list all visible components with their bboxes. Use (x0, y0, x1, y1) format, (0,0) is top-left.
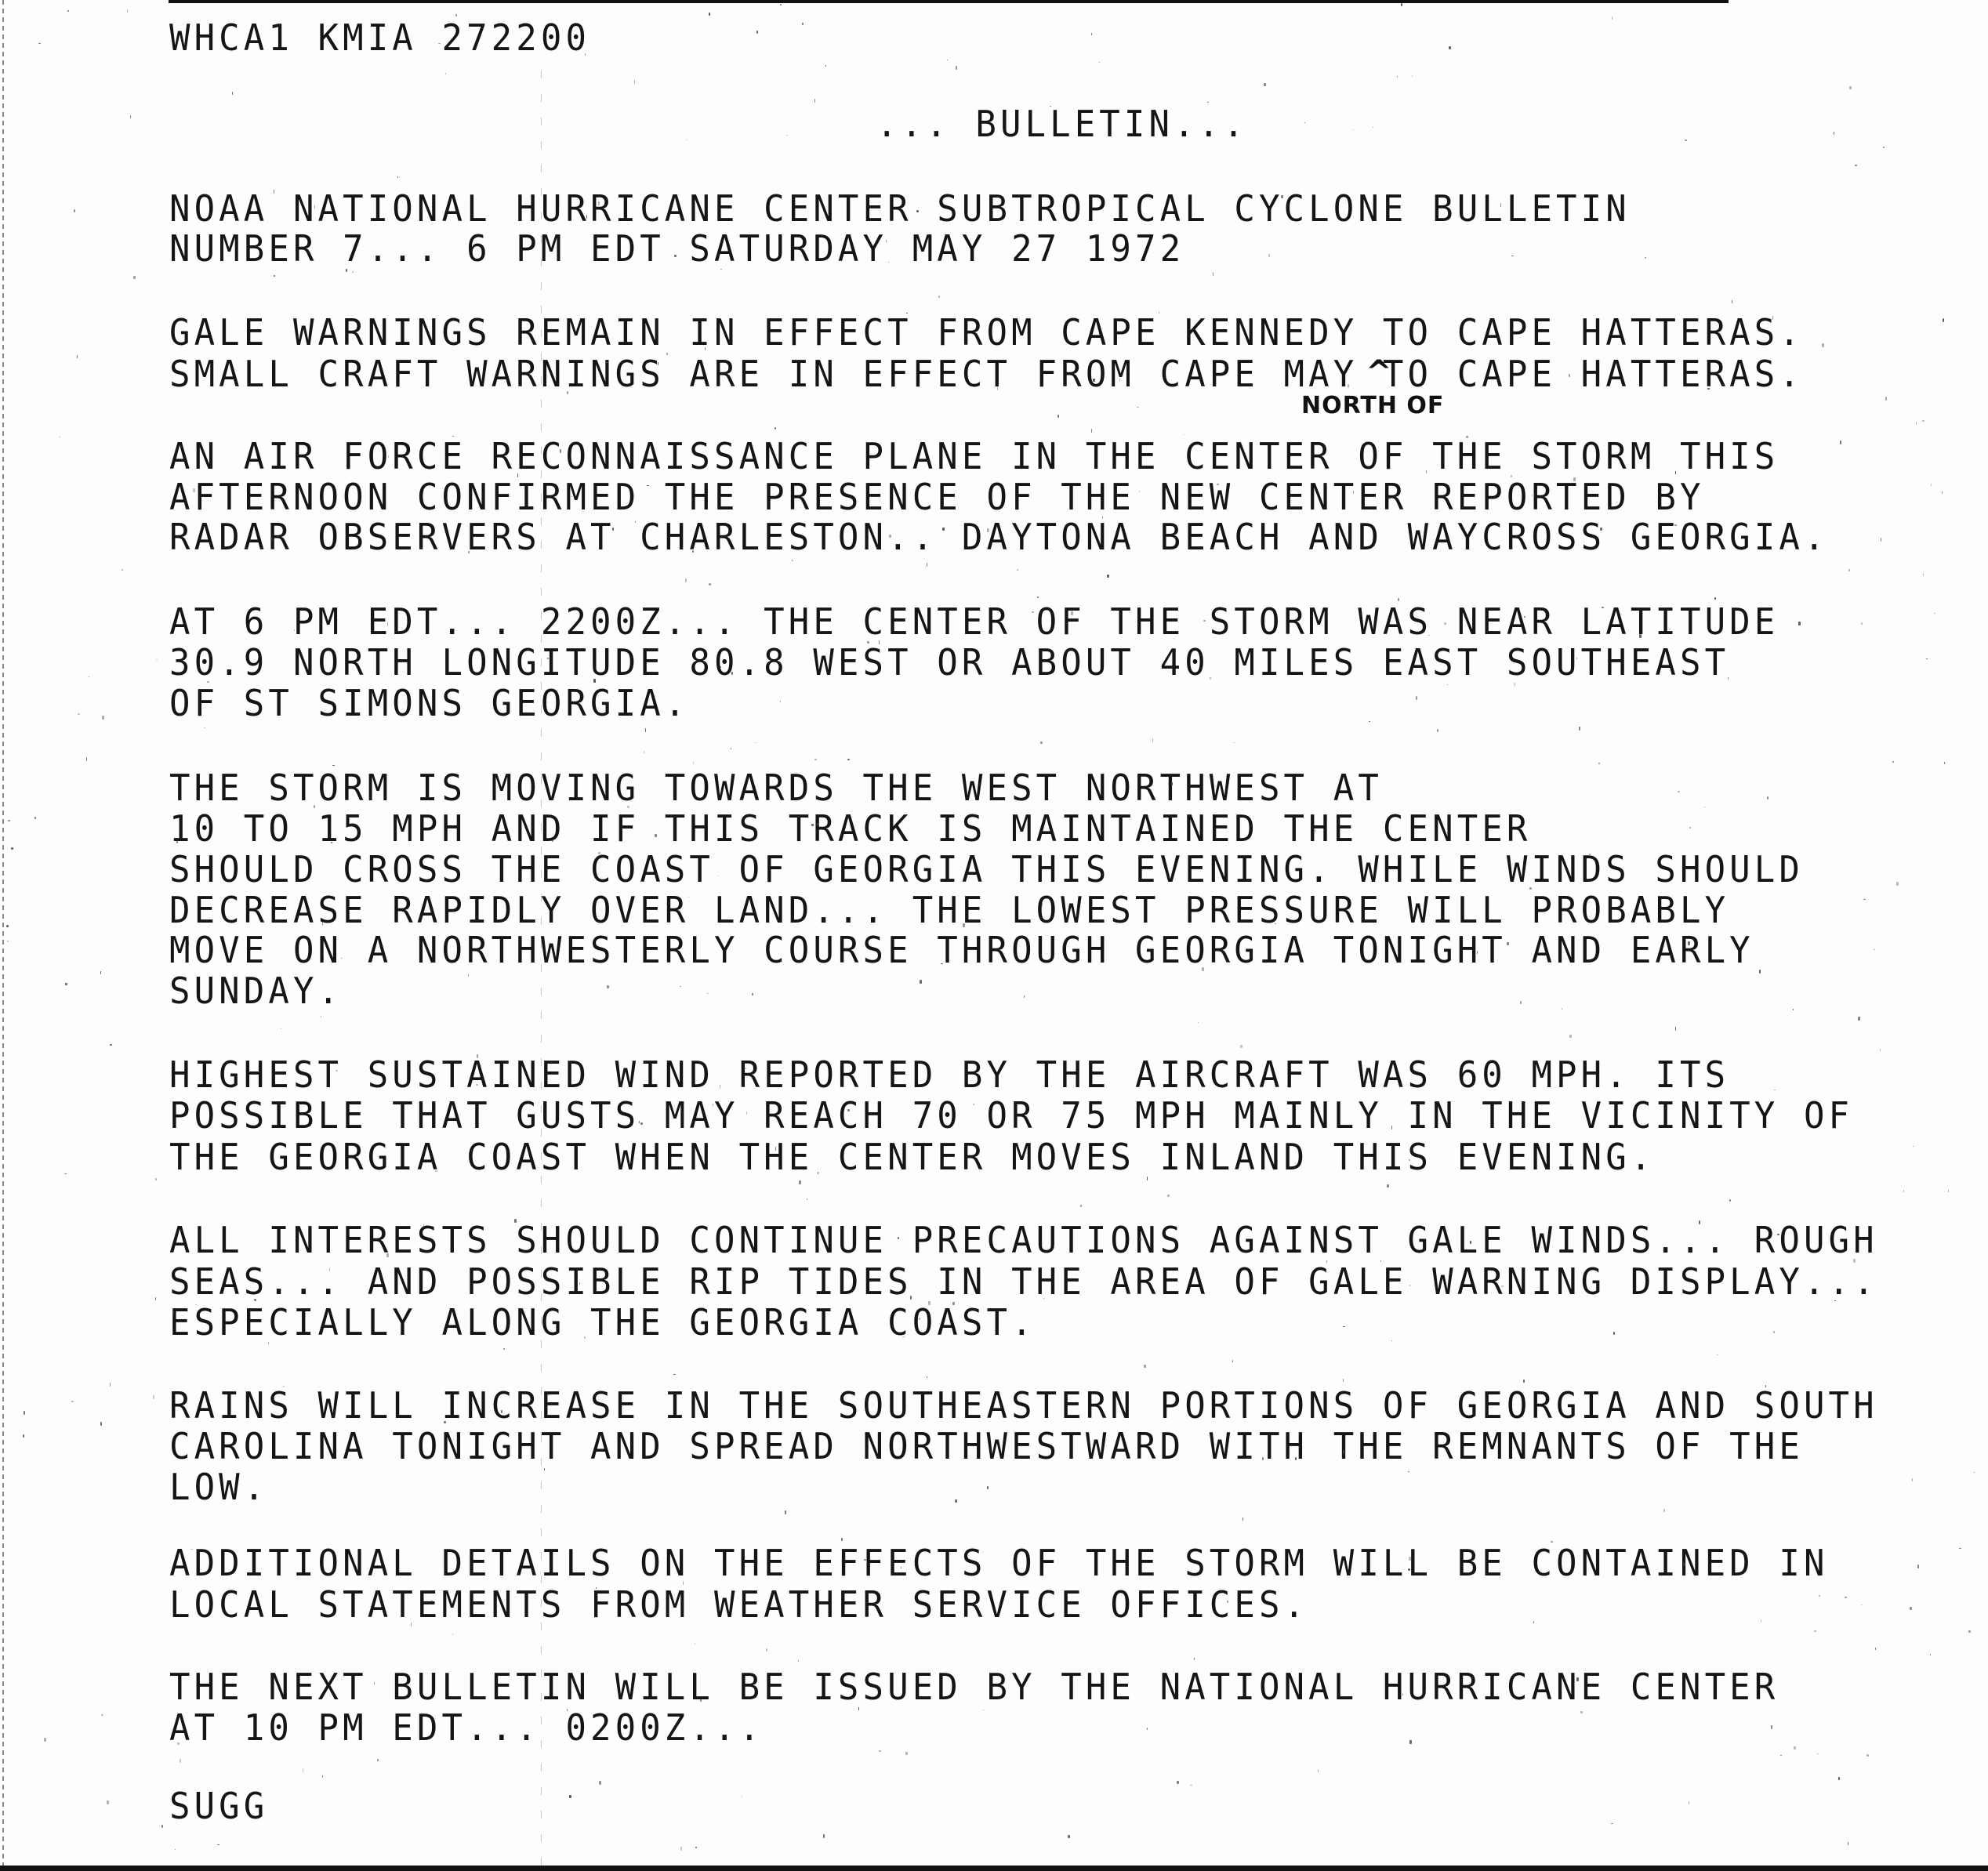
scan-speck (6, 925, 9, 927)
scan-speck (173, 1311, 174, 1314)
scan-speck (341, 958, 342, 959)
scan-speck (1767, 796, 1769, 800)
scan-speck (1380, 1260, 1381, 1262)
scan-speck (1449, 46, 1451, 49)
scan-speck (274, 190, 274, 194)
precautions-line-1: ALL INTERESTS SHOULD CONTINUE PRECAUTION… (169, 1220, 1878, 1263)
scan-speck (949, 1590, 950, 1593)
scan-speck (7, 941, 9, 942)
scan-speck (217, 1844, 219, 1845)
scan-speck (987, 1486, 989, 1489)
scan-speck (596, 1587, 597, 1589)
scan-speck (585, 53, 586, 56)
scan-speck (1834, 1300, 1836, 1301)
scan-speck (1515, 683, 1515, 686)
scan-speck (1849, 86, 1852, 89)
movement-line-5: MOVE ON A NORTHWESTERLY COURSE THROUGH G… (169, 930, 1754, 973)
scan-speck (476, 1084, 478, 1086)
scan-speck (1729, 1199, 1731, 1202)
scan-speck (1428, 635, 1430, 636)
scan-speck (331, 842, 332, 843)
recon-line-1: AN AIR FORCE RECONNAISSANCE PLANE IN THE… (169, 436, 1779, 479)
scan-speck (1397, 76, 1398, 78)
scan-speck (898, 1237, 899, 1239)
scan-speck (766, 1648, 767, 1652)
scan-speck (1177, 1781, 1179, 1784)
scan-speck (1669, 629, 1671, 629)
scan-speck (673, 1374, 676, 1375)
scan-speck (807, 1198, 807, 1200)
next-bulletin-line-2: AT 10 PM EDT... 0200Z... (169, 1707, 764, 1750)
scan-speck (1304, 122, 1305, 123)
scan-speck (1444, 622, 1446, 625)
scan-speck (655, 834, 657, 837)
scan-speck (1562, 1008, 1562, 1010)
rains-line-1: RAINS WILL INCREASE IN THE SOUTHEASTERN … (169, 1385, 1878, 1428)
scanned-document-page: WHCA1 KMIA 272200 ... BULLETIN... NOAA N… (0, 0, 1988, 1871)
movement-line-6: SUNDAY. (169, 970, 343, 1013)
scan-speck (1576, 658, 1577, 659)
scan-speck (180, 1759, 181, 1763)
scan-speck (346, 269, 347, 272)
scan-speck (352, 271, 354, 273)
scan-speck (397, 176, 398, 178)
scan-speck (322, 1775, 323, 1778)
scan-speck (938, 296, 940, 298)
scan-speck (1834, 132, 1834, 135)
scan-speck (700, 1699, 702, 1702)
scan-speck (780, 4, 782, 5)
scan-speck (1853, 1259, 1856, 1263)
scan-speck (658, 362, 658, 365)
scan-speck (1611, 1823, 1613, 1824)
scan-speck (1533, 1621, 1534, 1623)
scan-speck (1409, 1159, 1410, 1161)
scan-speck (1765, 1385, 1766, 1387)
scan-speck (1032, 611, 1034, 613)
scan-speck (1916, 422, 1917, 425)
scan-speck (1948, 1190, 1949, 1192)
scan-speck (193, 488, 195, 492)
scan-speck (599, 1781, 601, 1785)
scan-speck (963, 923, 965, 927)
scan-speck (388, 455, 389, 458)
scan-speck (176, 839, 178, 843)
scan-speck (274, 275, 275, 277)
scan-speck (927, 1376, 927, 1378)
scan-speck (867, 641, 869, 644)
scan-speck (1447, 684, 1448, 685)
scan-speck (283, 1386, 285, 1387)
scan-speck (155, 1297, 156, 1300)
scan-speck (720, 666, 721, 668)
scan-speck (1167, 1195, 1170, 1197)
scan-speck (77, 355, 78, 358)
scan-speck (983, 1710, 984, 1710)
precautions-line-3: ESPECIALLY ALONG THE GEORGIA COAST. (169, 1302, 1036, 1345)
scan-speck (1343, 1450, 1344, 1454)
scan-speck (902, 1336, 905, 1337)
intro-line-1: NOAA NATIONAL HURRICANE CENTER SUBTROPIC… (169, 188, 1631, 231)
scan-speck (1569, 1035, 1572, 1038)
handwritten-caret: ^ (1366, 354, 1392, 390)
scan-speck (1573, 477, 1576, 481)
scan-speck (560, 449, 561, 453)
scan-speck (756, 31, 758, 34)
scan-speck (705, 347, 706, 350)
scan-speck (1409, 1740, 1412, 1744)
scan-speck (1822, 343, 1824, 347)
scan-speck (24, 1411, 25, 1415)
scan-speck (1227, 1601, 1228, 1603)
scan-speck (1861, 1604, 1863, 1605)
scan-speck (195, 1304, 197, 1305)
scan-speck (1057, 415, 1059, 418)
scan-speck (1050, 106, 1051, 107)
scan-speck (101, 1714, 103, 1716)
scan-speck (1968, 1630, 1971, 1633)
scan-speck (86, 757, 87, 761)
scan-speck (1470, 1241, 1471, 1244)
scan-speck (1240, 1045, 1242, 1048)
scan-speck (11, 847, 13, 850)
scan-speck (1761, 1619, 1761, 1623)
scan-speck (1600, 528, 1602, 531)
scan-speck (153, 1395, 154, 1399)
scan-speck (44, 1738, 46, 1742)
scan-speck (1275, 923, 1276, 924)
bulletin-title: ... BULLETIN... (876, 103, 1248, 147)
movement-line-4: DECREASE RAPIDLY OVER LAND... THE LOWEST… (169, 890, 1729, 933)
scan-speck (204, 727, 205, 728)
scan-speck (1569, 374, 1570, 377)
scan-speck (1398, 598, 1399, 601)
scan-speck (503, 1348, 505, 1350)
scan-speck (1717, 1354, 1718, 1355)
handwritten-annotation: NORTH OF (1301, 392, 1444, 419)
scan-speck (718, 876, 719, 876)
scan-speck (1774, 1090, 1776, 1090)
scan-speck (430, 1601, 433, 1602)
scan-speck (785, 1510, 786, 1514)
scan-speck (1119, 379, 1120, 382)
scan-speck (1732, 300, 1732, 303)
scan-speck (1242, 1517, 1243, 1521)
scan-speck (1881, 538, 1881, 542)
scan-speck (1202, 967, 1204, 971)
rains-line-3: LOW. (169, 1467, 268, 1510)
scan-speck (1880, 1049, 1881, 1051)
precautions-line-2: SEAS... AND POSSIBLE RIP TIDES IN THE AR… (169, 1261, 1878, 1304)
scan-speck (1612, 16, 1613, 20)
scan-speck (60, 437, 60, 437)
scan-speck (823, 1834, 825, 1838)
scan-speck (1912, 1478, 1913, 1481)
scan-speck (612, 528, 614, 531)
scan-speck (1500, 203, 1501, 207)
scan-speck (1794, 1746, 1796, 1750)
scan-speck (1343, 1379, 1344, 1382)
scan-speck (720, 1085, 720, 1089)
scan-speck (847, 1109, 850, 1111)
scan-speck (713, 1104, 713, 1106)
scan-speck (548, 1394, 550, 1396)
scan-speck (841, 1538, 843, 1541)
scan-speck (336, 1070, 338, 1071)
scan-speck (268, 1342, 269, 1344)
scan-speck (547, 658, 549, 659)
scan-speck (1840, 441, 1841, 444)
scan-speck (435, 1170, 437, 1172)
scan-speck (1866, 1754, 1869, 1757)
scan-speck (879, 640, 880, 644)
scan-speck (1848, 1842, 1848, 1845)
scan-speck (1926, 658, 1928, 659)
scan-speck (1689, 827, 1691, 829)
scan-speck (941, 963, 943, 964)
scan-speck (1923, 573, 1924, 576)
scan-speck (1402, 1694, 1403, 1695)
scan-speck (1645, 257, 1646, 259)
details-line-2: LOCAL STATEMENTS FROM WEATHER SERVICE OF… (169, 1584, 1308, 1627)
scan-speck (1043, 1298, 1044, 1299)
scan-speck (1772, 316, 1773, 320)
movement-line-1: THE STORM IS MOVING TOWARDS THE WEST NOR… (169, 767, 1383, 810)
scan-speck (1190, 1785, 1192, 1786)
scan-speck (864, 1559, 866, 1561)
scan-speck (438, 43, 441, 44)
top-border-rule (169, 0, 1729, 3)
scan-speck (1863, 899, 1866, 900)
scan-speck (1207, 102, 1209, 103)
scan-speck (1147, 1728, 1148, 1730)
scan-speck (552, 839, 553, 842)
scan-speck (947, 60, 948, 60)
scan-speck (567, 391, 568, 394)
scan-speck (1875, 1648, 1876, 1650)
scan-speck (584, 1336, 586, 1339)
scan-speck (1234, 742, 1235, 743)
scan-speck (452, 1633, 453, 1635)
scan-speck (1589, 854, 1591, 855)
scan-speck (102, 716, 104, 720)
scan-speck (927, 563, 927, 567)
scan-speck (1232, 1360, 1233, 1362)
scan-speck (1037, 596, 1039, 598)
scan-speck (23, 1434, 24, 1438)
scan-speck (1944, 762, 1945, 764)
scan-speck (1580, 1711, 1583, 1713)
scan-speck (1501, 1285, 1504, 1287)
scan-speck (444, 1421, 446, 1423)
scan-speck (680, 986, 681, 987)
scan-speck (952, 1302, 955, 1305)
scan-speck (686, 140, 687, 140)
scan-speck (997, 386, 998, 390)
scan-speck (1511, 256, 1514, 256)
movement-line-2: 10 TO 15 MPH AND IF THIS TRACK IS MAINTA… (169, 808, 1531, 851)
scan-speck (1943, 318, 1944, 322)
scan-speck (780, 701, 781, 702)
scan-speck (709, 13, 710, 16)
scan-speck (1194, 1658, 1195, 1660)
scan-speck (1817, 1753, 1819, 1754)
scan-speck (1507, 942, 1509, 945)
scan-speck (323, 957, 324, 959)
scan-speck (1416, 696, 1417, 700)
scan-speck (1369, 721, 1370, 722)
scan-speck (1855, 165, 1857, 166)
scan-speck (920, 980, 922, 984)
scan-speck (468, 551, 470, 553)
scan-speck (1523, 1380, 1525, 1383)
scan-speck (567, 1709, 568, 1711)
scan-speck (1699, 1220, 1700, 1224)
scan-speck (1091, 429, 1092, 433)
recon-line-2: AFTERNOON CONFIRMED THE PRESENCE OF THE … (169, 477, 1705, 520)
scan-speck (1524, 616, 1525, 618)
scan-speck (374, 1682, 375, 1684)
scan-speck (100, 971, 101, 974)
scan-speck (695, 1643, 695, 1644)
scan-speck (281, 1028, 281, 1029)
details-line-1: ADDITIONAL DETAILS ON THE EFFECTS OF THE… (169, 1543, 1829, 1586)
scan-speck (1210, 677, 1211, 680)
scan-speck (1343, 1326, 1345, 1327)
position-line-1: AT 6 PM EDT... 2200Z... THE CENTER OF TH… (169, 601, 1779, 644)
scan-speck (1139, 491, 1140, 492)
scan-speck (67, 10, 69, 12)
scan-speck (685, 578, 687, 582)
scan-speck (1848, 569, 1850, 571)
scan-speck (745, 1068, 746, 1069)
scan-speck (514, 1219, 517, 1223)
scan-speck (544, 1468, 545, 1470)
scan-speck (1387, 1184, 1389, 1188)
scan-speck (222, 1609, 223, 1612)
scan-speck (644, 751, 644, 753)
scan-speck (1262, 1457, 1264, 1460)
scan-speck (1974, 1472, 1975, 1473)
scan-speck (814, 759, 817, 760)
scan-speck (1616, 502, 1617, 502)
scan-speck (1602, 607, 1604, 608)
scan-speck (1861, 622, 1863, 625)
scan-speck (34, 817, 36, 819)
gale-warning-line-1: GALE WARNINGS REMAIN IN EFFECT FROM CAPE… (169, 312, 1804, 355)
scan-speck (688, 897, 689, 897)
scan-speck (1793, 1009, 1794, 1010)
scan-speck (910, 1296, 912, 1300)
rains-line-2: CAROLINA TONIGHT AND SPREAD NORTHWESTWAR… (169, 1426, 1804, 1469)
scan-speck (818, 1172, 818, 1174)
scan-speck (74, 209, 75, 212)
scan-speck (1137, 407, 1139, 408)
scan-speck (775, 1147, 776, 1151)
scan-speck (1388, 498, 1391, 499)
scan-speck (1917, 1565, 1919, 1568)
scan-speck (1685, 140, 1687, 141)
scan-speck (1529, 887, 1532, 890)
scan-speck (593, 679, 596, 683)
scan-speck (1426, 470, 1427, 473)
scan-speck (731, 748, 731, 749)
scan-speck (1042, 903, 1043, 907)
scan-speck (1683, 1562, 1685, 1566)
scan-speck (1845, 1597, 1847, 1598)
scan-speck (1598, 763, 1600, 764)
scan-speck (1159, 312, 1159, 314)
scan-speck (879, 1750, 881, 1752)
scan-speck (1171, 782, 1173, 785)
scan-speck (680, 1847, 682, 1851)
scan-speck (814, 99, 815, 103)
scan-speck (756, 742, 756, 743)
scan-speck (1353, 491, 1354, 494)
scan-speck (647, 485, 649, 486)
scan-speck (477, 1054, 478, 1058)
scan-speck (606, 362, 608, 363)
scan-speck (332, 765, 335, 766)
scan-speck (598, 852, 600, 854)
scan-speck (445, 73, 446, 74)
scan-speck (1675, 471, 1676, 474)
scan-speck (110, 1383, 111, 1387)
scan-speck (161, 1825, 163, 1828)
scan-speck (329, 1267, 330, 1271)
scan-speck (517, 473, 518, 477)
scan-speck (709, 583, 711, 586)
scan-speck (1930, 1654, 1931, 1655)
scan-speck (1942, 491, 1943, 494)
scan-speck (1814, 1630, 1816, 1632)
scan-speck (752, 993, 753, 995)
scan-speck (175, 1849, 176, 1850)
scan-speck (1080, 1205, 1082, 1207)
scan-speck (1934, 613, 1935, 614)
scan-speck (1714, 597, 1716, 600)
scan-speck (1663, 1509, 1665, 1512)
scan-speck (423, 1224, 424, 1228)
scan-speck (792, 560, 793, 561)
scan-speck (786, 135, 788, 136)
scan-speck (942, 528, 945, 531)
scan-speck (1576, 1677, 1579, 1681)
scan-speck (1017, 569, 1018, 571)
scan-speck (1520, 1001, 1522, 1004)
scan-speck (987, 528, 989, 532)
scan-speck (377, 1759, 379, 1761)
scan-speck (746, 1111, 747, 1115)
scan-speck (1858, 1017, 1860, 1021)
scan-speck (1068, 1835, 1070, 1838)
scan-speck (1152, 738, 1153, 742)
scan-speck (1777, 1234, 1779, 1235)
scan-speck (579, 1282, 580, 1285)
scan-speck (190, 1549, 193, 1550)
scan-speck (1147, 1177, 1148, 1180)
scan-speck (607, 985, 609, 988)
scan-speck (100, 1422, 102, 1426)
scan-speck (700, 1156, 702, 1158)
scan-speck (1348, 384, 1349, 388)
scan-speck (188, 941, 189, 945)
scan-speck (1295, 1457, 1297, 1460)
scan-speck (294, 629, 295, 631)
scan-speck (695, 1847, 697, 1848)
scan-speck (817, 823, 819, 825)
scan-speck (1532, 495, 1533, 496)
